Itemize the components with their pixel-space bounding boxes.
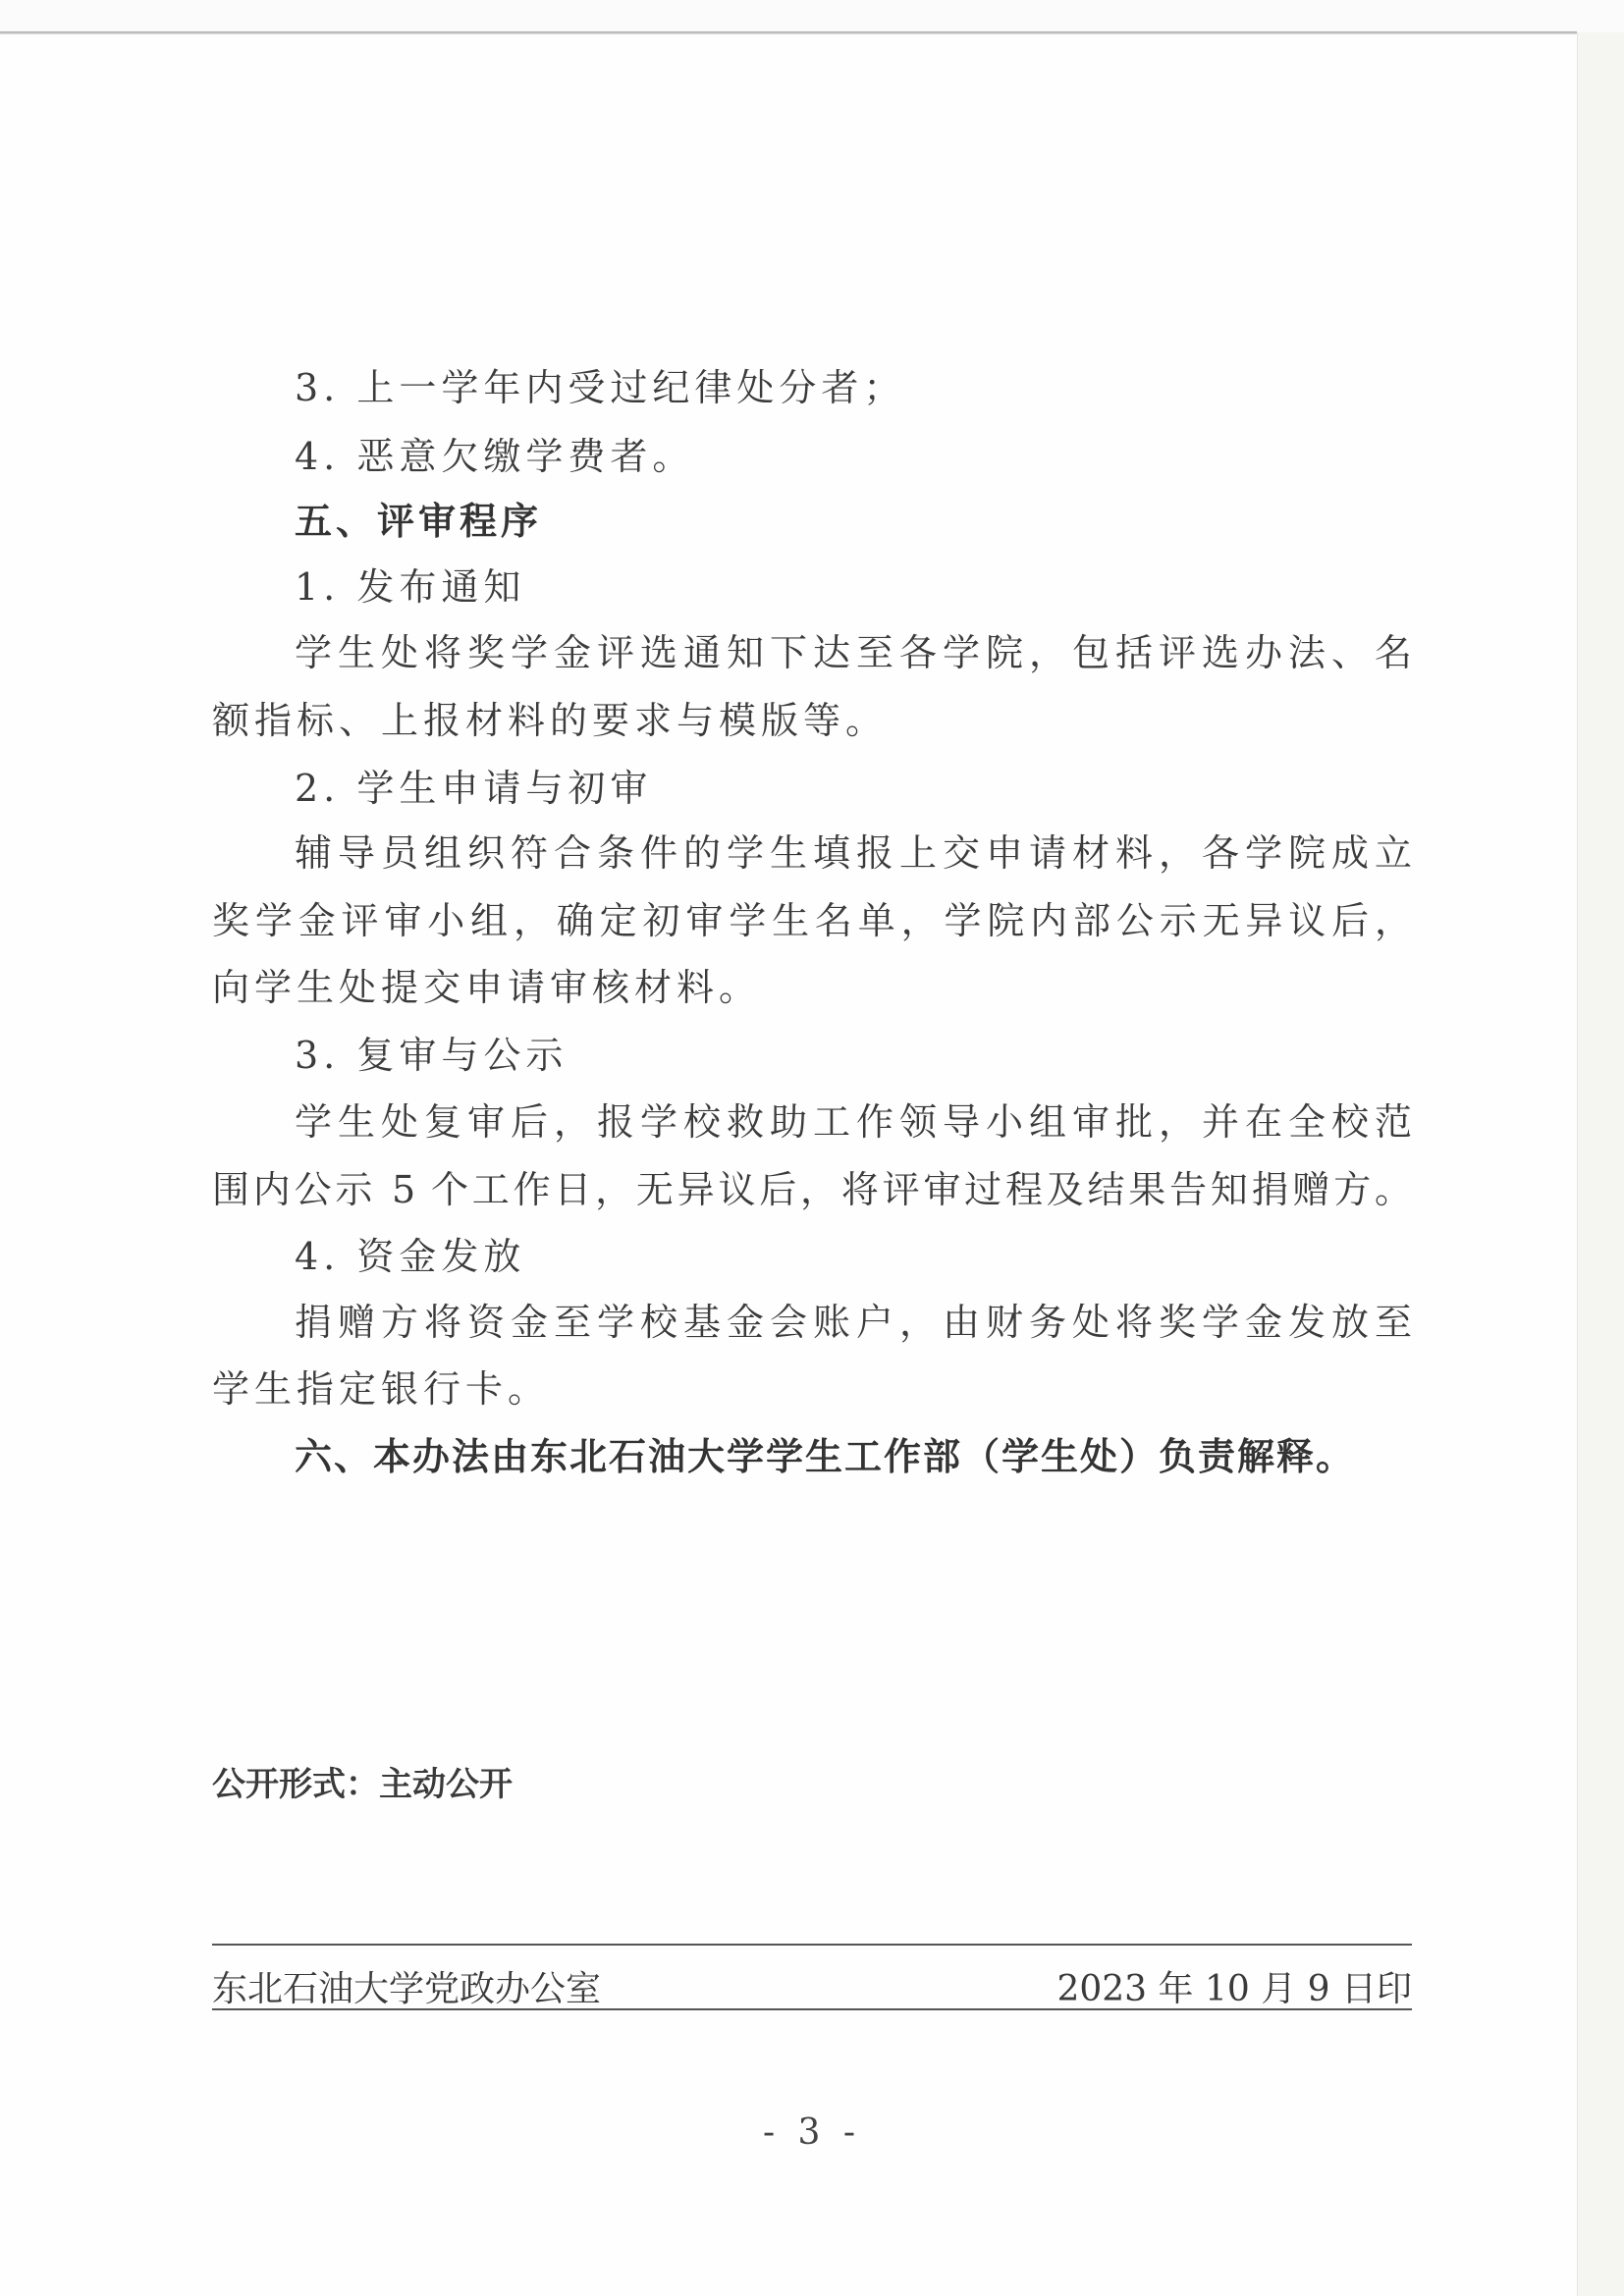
subheading-application-review: 2. 学生申请与初审 [295,764,652,813]
subheading-publish-notice: 1. 发布通知 [295,562,525,612]
paragraph-line: 学生处复审后，报学校救助工作领导小组审批，并在全校范 [295,1097,1412,1147]
publication-form: 公开形式：主动公开 [212,1757,513,1805]
paragraph-line: 向学生处提交申请审核材料。 [212,963,761,1012]
section-heading-5: 五、评审程序 [295,497,542,546]
list-item-3: 3. 上一学年内受过纪律处分者； [295,363,905,412]
page-number: - 3 - [0,2112,1624,2153]
subheading-recheck-publicity: 3. 复审与公示 [295,1031,568,1080]
paragraph-line: 奖学金评审小组，确定初审学生名单，学院内部公示无异议后， [212,896,1412,945]
paragraph-line: 学生处将奖学金评选通知下达至各学院，包括评选办法、名 [295,628,1412,677]
paragraph-line: 围内公示 5 个工作日，无异议后，将评审过程及结果告知捐赠方。 [212,1165,1412,1214]
paragraph-line: 学生指定银行卡。 [212,1364,550,1414]
footer-rule-bottom [212,2008,1412,2010]
section-heading-6: 六、本办法由东北石油大学学生工作部（学生处）负责解释。 [295,1432,1355,1481]
scan-page-edge-right [1577,32,1624,2296]
footer-rule-top [212,1944,1412,1946]
list-item-4: 4. 恶意欠缴学费者。 [295,432,694,481]
footer-print-date: 2023 年 10 月 9 日印 [1056,1961,1412,2011]
paragraph-line: 辅导员组织符合条件的学生填报上交申请材料，各学院成立 [295,828,1412,878]
paragraph-line: 额指标、上报材料的要求与模版等。 [212,696,888,745]
paragraph-line: 捐赠方将资金至学校基金会账户，由财务处将奖学金发放至 [295,1298,1412,1347]
footer-issuer: 东北石油大学党政办公室 [212,1961,601,2011]
subheading-fund-disbursement: 4. 资金发放 [295,1232,525,1281]
